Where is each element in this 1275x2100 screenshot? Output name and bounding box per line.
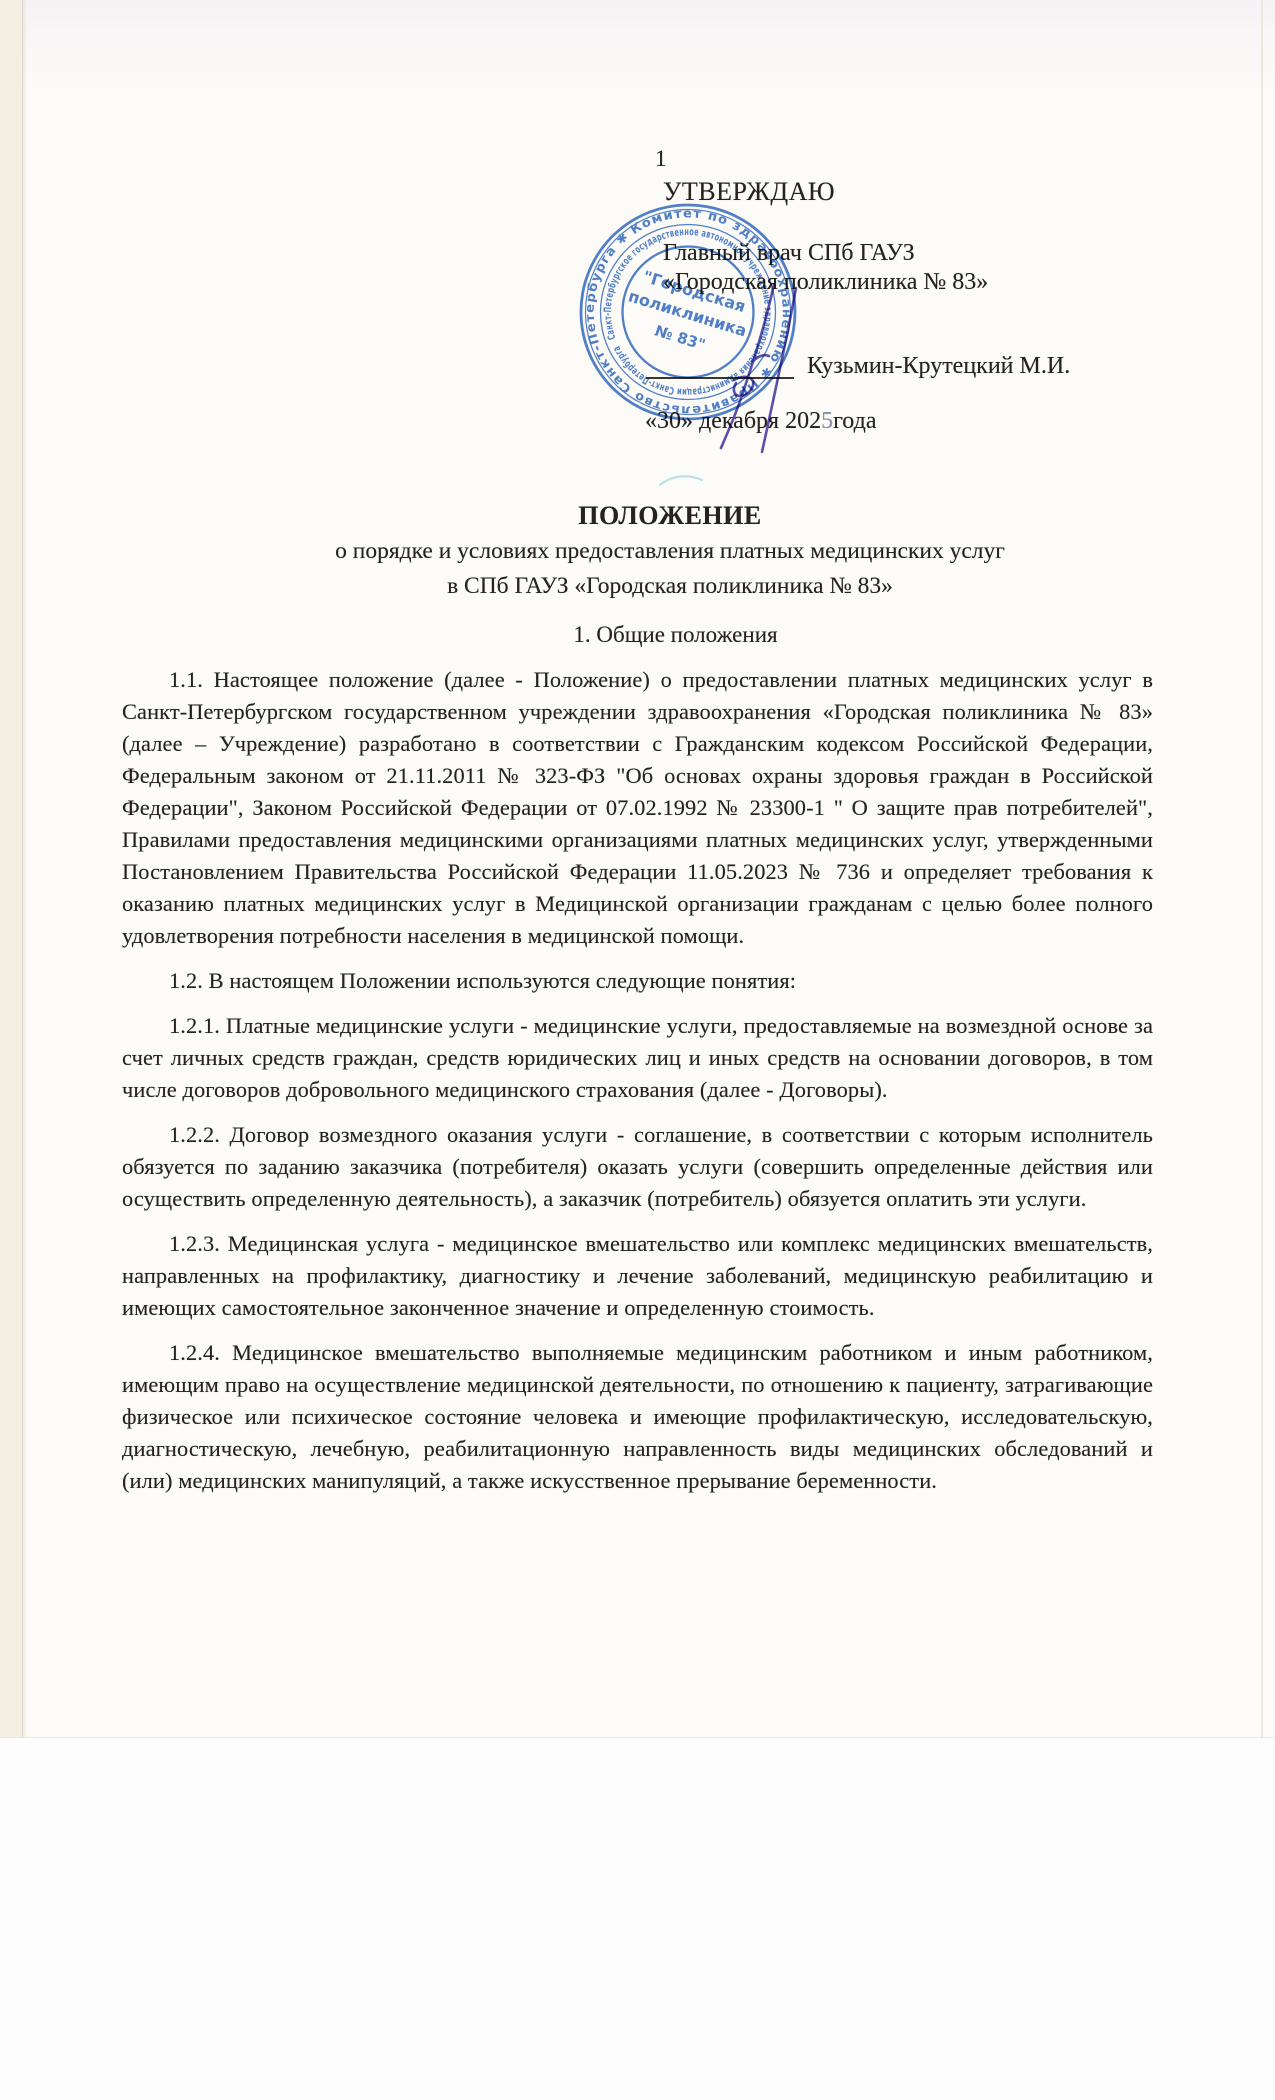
blue-ink-artifact [658,471,706,491]
paragraph-1-2-3: 1.2.3. Медицинская услуга - медицинское … [122,1228,1153,1324]
paragraph-1-2-2: 1.2.2. Договор возмездного оказания услу… [122,1119,1153,1215]
approval-date-suffix: года [833,408,876,434]
paragraph-1-1: 1.1. Настоящее положение (далее - Положе… [122,664,1153,952]
document-title: ПОЛОЖЕНИЕ [140,501,1200,531]
signer-name: Кузьмин-Крутецкий М.И. [807,353,1070,380]
page-number: 1 [655,146,667,172]
scan-left-edge [0,0,23,1737]
paragraph-1-2-4: 1.2.4. Медицинское вмешательство выполня… [122,1337,1153,1497]
document-subtitle-2: в СПб ГАУЗ «Городская поликлиника № 83» [140,572,1200,601]
document-subtitle-1: о порядке и условиях предоставления плат… [140,537,1200,566]
scan-right-edge [1261,0,1263,1737]
scanned-document-page: { "page": { "number": "1" }, "approval":… [0,0,1275,2100]
section-heading: 1. Общие положения [160,622,1191,648]
title-block: ПОЛОЖЕНИЕ о порядке и условиях предостав… [140,501,1200,601]
signature-stroke-1 [721,284,774,448]
scan-paper: 1 УТВЕРЖДАЮ Главный врач СПб ГАУЗ «Город… [0,0,1275,1738]
paragraph-1-2-1: 1.2.1. Платные медицинские услуги - меди… [122,1010,1153,1106]
handwritten-signature-icon [712,280,832,455]
section-general-provisions: 1. Общие положения 1.1. Настоящее положе… [122,622,1153,1497]
paragraph-1-2: 1.2. В настоящем Положении используются … [122,965,1153,997]
